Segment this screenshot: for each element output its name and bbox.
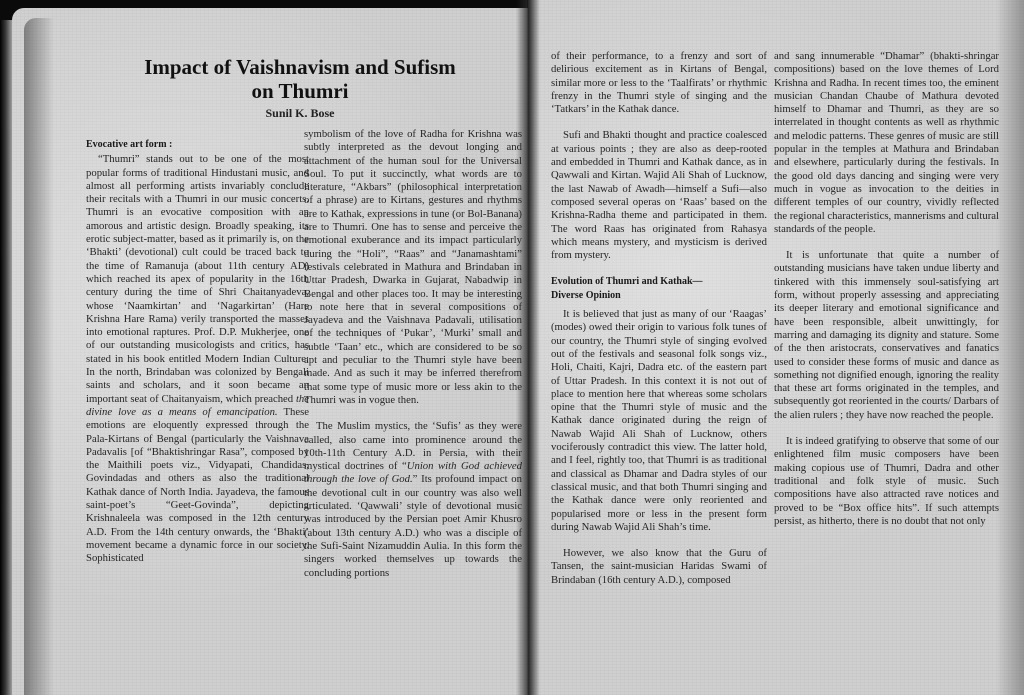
title-line-1: Impact of Vaishnavism and Sufism [144, 55, 456, 79]
paragraph: and sang innumerable “Dhamar” (bhakti-sh… [774, 50, 999, 236]
section-heading-evolution: Evolution of Thumri and Kathak— Diverse … [551, 275, 767, 302]
column-3: of their performance, to a frenzy and so… [551, 50, 767, 587]
page-stack-shadow [24, 18, 54, 695]
paragraph: symbolism of the love of Radha for Krish… [304, 128, 522, 407]
title-line-2: on Thumri [251, 79, 348, 103]
article-author: Sunil K. Bose [100, 106, 500, 121]
section-heading-evocative: Evocative art form : [86, 138, 309, 151]
paragraph: “Thumri” stands out to be one of the mos… [86, 153, 309, 565]
paragraph: It is unfortunate that quite a number of… [774, 249, 999, 422]
column-4: and sang innumerable “Dhamar” (bhakti-sh… [774, 50, 999, 528]
paragraph: It is believed that just as many of our … [551, 308, 767, 534]
paragraph: It is indeed gratifying to observe that … [774, 435, 999, 528]
paragraph: However, we also know that the Guru of T… [551, 547, 767, 587]
right-edge-shadow [996, 0, 1024, 695]
article-header: Impact of Vaishnavism and Sufism on Thum… [100, 55, 500, 121]
book-spread: Impact of Vaishnavism and Sufism on Thum… [0, 0, 1024, 695]
paragraph: Sufi and Bhakti thought and practice coa… [551, 129, 767, 262]
column-1: Evocative art form : “Thumri” stands out… [86, 138, 309, 566]
column-2: symbolism of the love of Radha for Krish… [304, 128, 522, 580]
article-title: Impact of Vaishnavism and Sufism on Thum… [100, 55, 500, 103]
paragraph: The Muslim mystics, the ‘Sufis’ as they … [304, 420, 522, 580]
paragraph: of their performance, to a frenzy and so… [551, 50, 767, 116]
